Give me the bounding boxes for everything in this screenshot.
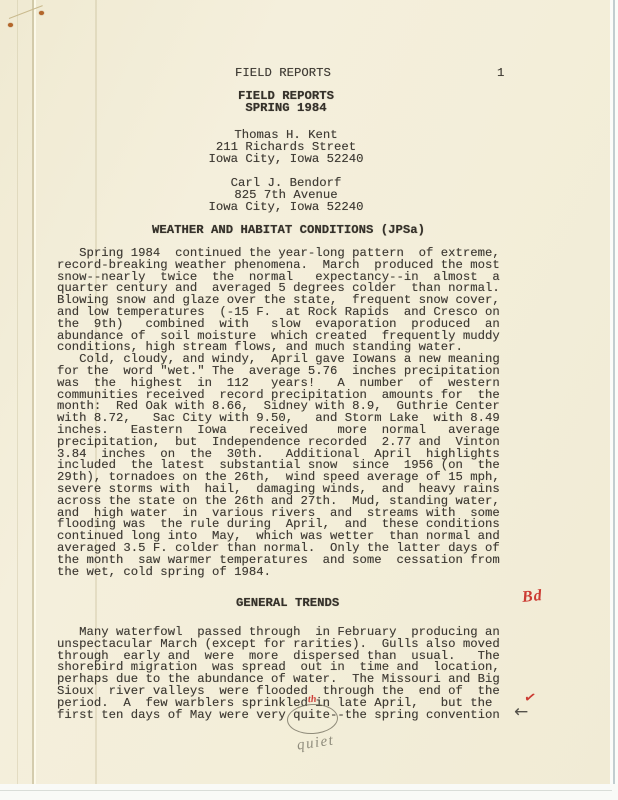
staple-rust-dot	[39, 11, 44, 15]
section-body-general-trends: Many waterfowl passed through in Februar…	[57, 627, 500, 721]
section-body-weather: Spring 1984 continued the year-long patt…	[57, 248, 500, 578]
section-heading-general-trends: GENERAL TRENDS	[236, 598, 339, 610]
scan-bottom-edge	[0, 784, 618, 800]
section-heading-weather: WEATHER AND HABITAT CONDITIONS (JPSa)	[152, 225, 425, 237]
scan-bottom-edge-line	[0, 790, 612, 791]
scanned-document: { "document": { "running_header": "FIELD…	[0, 0, 618, 800]
author-block-kent: Thomas H. Kent 211 Richards Street Iowa …	[136, 130, 436, 165]
page-number: 1	[497, 68, 504, 80]
pencil-left-arrow: ←	[514, 702, 528, 722]
paper-crease-highlight	[34, 0, 36, 784]
red-margin-note: Bd	[521, 587, 543, 607]
scan-right-edge-line	[613, 0, 615, 800]
author-block-bendorf: Carl J. Bendorf 825 7th Avenue Iowa City…	[136, 178, 436, 213]
document-title-line2: SPRING 1984	[136, 103, 436, 115]
paper-crease-faint	[17, 0, 18, 784]
staple-rust-dot	[8, 23, 13, 27]
running-header: FIELD REPORTS	[235, 68, 331, 80]
